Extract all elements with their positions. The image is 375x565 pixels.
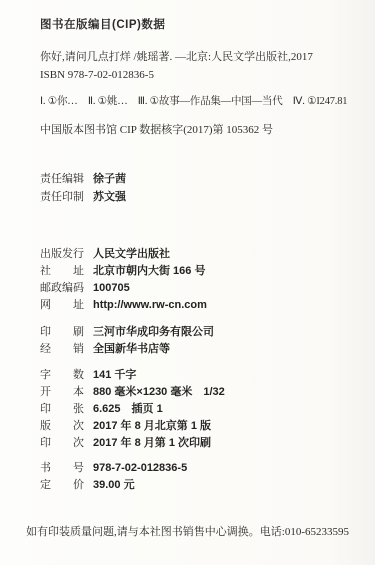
publisher-block: 出版发行 人民文学出版社 社 址 北京市朝内大街 166 号 邮政编码 1007…	[40, 246, 207, 314]
row-value: 2017 年 8 月北京第 1 版	[93, 418, 211, 435]
spec-row: 开 本 880 毫米×1230 毫米 1/32	[40, 384, 225, 401]
isbn-line: ISBN 978-7-02-012836-5	[40, 66, 313, 84]
row-label: 经 销	[40, 341, 86, 358]
row-label: 开 本	[40, 384, 86, 401]
cip-header: 图书在版编目(CIP)数据	[40, 16, 165, 32]
row-label: 印 刷	[40, 324, 86, 341]
row-label: 版 次	[40, 418, 86, 435]
specs-block: 字 数 141 千字 开 本 880 毫米×1230 毫米 1/32 印 张 6…	[40, 367, 225, 452]
publisher-row: 网 址 http://www.rw-cn.com	[40, 297, 207, 314]
copyright-page: 图书在版编目(CIP)数据 你好,请问几点打烊 /姚瑶著. —北京:人民文学出版…	[0, 0, 375, 565]
cip-entry-block: 你好,请问几点打烊 /姚瑶著. —北京:人民文学出版社,2017 ISBN 97…	[40, 48, 313, 84]
printing-block: 印 刷 三河市华成印务有限公司 经 销 全国新华书店等	[40, 324, 214, 358]
row-value: 北京市朝内大街 166 号	[93, 263, 205, 280]
row-label: 责任编辑	[40, 170, 86, 188]
publisher-row: 出版发行 人民文学出版社	[40, 246, 207, 263]
spec-row: 印 张 6.625 插页 1	[40, 401, 225, 418]
row-value: 2017 年 8 月第 1 次印刷	[93, 435, 211, 452]
cip-record-line: 中国版本图书馆 CIP 数据核字(2017)第 105362 号	[40, 121, 273, 137]
row-value: 880 毫米×1230 毫米 1/32	[93, 384, 225, 401]
printing-row: 经 销 全国新华书店等	[40, 341, 214, 358]
staff-row: 责任编辑 徐子茜	[40, 170, 126, 188]
row-value: http://www.rw-cn.com	[93, 297, 207, 314]
row-value: 100705	[93, 280, 130, 297]
row-label: 责任印制	[40, 188, 86, 206]
row-label: 出版发行	[40, 246, 86, 263]
cip-entry-line: 你好,请问几点打烊 /姚瑶著. —北京:人民文学出版社,2017	[40, 48, 313, 66]
row-label: 印 张	[40, 401, 86, 418]
spec-row: 印 次 2017 年 8 月第 1 次印刷	[40, 435, 225, 452]
row-value: 6.625 插页 1	[93, 401, 163, 418]
row-value: 苏文强	[93, 188, 126, 206]
row-label: 字 数	[40, 367, 86, 384]
quality-notice: 如有印装质量问题,请与本社图书销售中心调换。电话:010-65233595	[0, 523, 375, 539]
spec-row: 版 次 2017 年 8 月北京第 1 版	[40, 418, 225, 435]
identifier-row: 书 号 978-7-02-012836-5	[40, 460, 187, 477]
row-value: 978-7-02-012836-5	[93, 460, 187, 477]
cip-classification-line: Ⅰ. ①你… Ⅱ. ①姚… Ⅲ. ①故事—作品集—中国—当代 Ⅳ. ①I247.…	[40, 93, 347, 108]
staff-block: 责任编辑 徐子茜 责任印制 苏文强	[40, 170, 126, 206]
identifier-block: 书 号 978-7-02-012836-5 定 价 39.00 元	[40, 460, 187, 494]
publisher-row: 社 址 北京市朝内大街 166 号	[40, 263, 207, 280]
row-label: 邮政编码	[40, 280, 86, 297]
row-value: 人民文学出版社	[93, 246, 170, 263]
row-label: 印 次	[40, 435, 86, 452]
row-value: 39.00 元	[93, 477, 135, 494]
row-value: 三河市华成印务有限公司	[93, 324, 214, 341]
row-label: 定 价	[40, 477, 86, 494]
row-value: 141 千字	[93, 367, 136, 384]
printing-row: 印 刷 三河市华成印务有限公司	[40, 324, 214, 341]
identifier-row: 定 价 39.00 元	[40, 477, 187, 494]
row-value: 全国新华书店等	[93, 341, 170, 358]
row-label: 网 址	[40, 297, 86, 314]
row-label: 书 号	[40, 460, 86, 477]
publisher-row: 邮政编码 100705	[40, 280, 207, 297]
spec-row: 字 数 141 千字	[40, 367, 225, 384]
row-label: 社 址	[40, 263, 86, 280]
staff-row: 责任印制 苏文强	[40, 188, 126, 206]
row-value: 徐子茜	[93, 170, 126, 188]
